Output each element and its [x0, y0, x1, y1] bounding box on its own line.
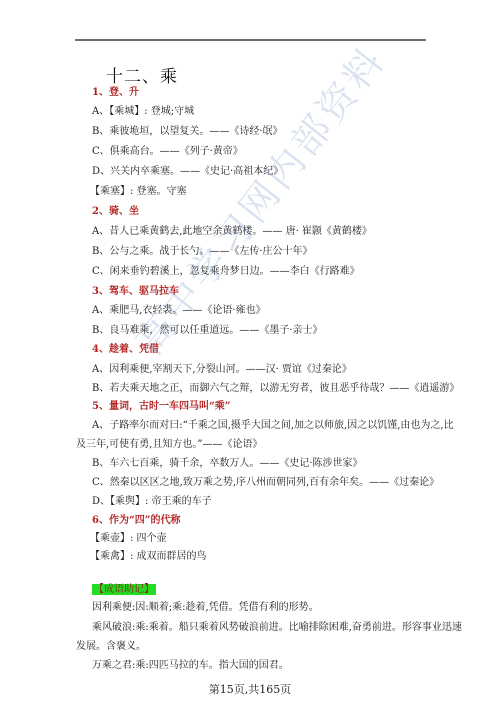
header-rule	[75, 39, 426, 41]
section-heading: 5、量词，古时一车四马叫“乘”	[92, 401, 230, 413]
entry-line: 【乘禽】: 成双而群居的鸟	[90, 551, 207, 563]
section-heading: 6、作为“四”的代称	[92, 515, 180, 527]
entry-line: D、【乘舆】: 帝王乘的车子	[92, 496, 212, 508]
entry-line: C、俱乘高台。——《列子·黄帝》	[92, 146, 243, 158]
entry-line: B、良马难乘，然可以任重道远。——《墨子·亲士》	[92, 325, 323, 337]
idiom-line: 因利乘便:因:顺着;乘:趁着,凭借。凭借有利的形势。	[92, 602, 319, 614]
entry-line: D、兴关内卒乘塞。——《史记·高祖本纪》	[92, 166, 283, 178]
section-heading: 1、登、升	[92, 87, 139, 99]
page-number-footer: 第15页,共165页	[0, 681, 500, 697]
idiom-label-text: 【成语助记】	[92, 584, 156, 595]
section-heading: 4、趁着、凭借	[92, 344, 159, 356]
entry-line: A、【乘城】: 登城;守城	[92, 106, 194, 118]
entry-line: B、乘彼垝垣，以望复关。——《诗经·氓》	[92, 126, 283, 138]
entry-line: 【乘塞】: 登塞。守塞	[90, 186, 187, 198]
entry-line: C、闲来垂钓碧溪上，忽复乘舟梦日边。——李白《行路难》	[92, 266, 360, 278]
entry-line: A、乘肥马,衣轻裘。——《论语·雍也》	[92, 305, 266, 317]
entry-line: A、昔人已乘黄鹤去,此地空余黄鹤楼。—— 唐· 崔颢《黄鹤楼》	[92, 226, 372, 238]
entry-line: 【乘壶】: 四个壶	[90, 533, 167, 545]
entry-line: A、子路率尔而对曰:“千乘之国,摄乎大国之间,加之以师旅,因之以饥馑,由也为之,…	[92, 420, 454, 432]
idiom-line: 万乘之君:乘:四匹马拉的车。指大国的国君。	[92, 660, 289, 672]
idiom-label: 【成语助记】	[92, 584, 156, 596]
section-heading: 3、驾车、驱马拉车	[92, 286, 179, 298]
page-title: 十二、乘	[106, 62, 178, 87]
entry-line: B、若夫乘天地之正，而御六气之辩，以游无穷者，彼且恶乎待哉？——《逍遥游》	[92, 383, 459, 395]
entry-line: B、车六七百乘，骑千余，卒数万人。——《史记·陈涉世家》	[92, 458, 363, 470]
section-heading: 2、骑、坐	[92, 206, 139, 218]
idiom-line: 发展。含褒义。	[76, 641, 146, 653]
entry-line: C、然秦以区区之地,致万乘之势,序八州而朝同列,百有余年矣。——《过秦论》	[92, 477, 439, 489]
entry-line: B、公与之乘。战于长勺。——《左传·庄公十年》	[92, 246, 313, 258]
entry-line: A、因利乘便,宰割天下,分裂山河。——汉· 贾谊《过秦论》	[92, 364, 352, 376]
idiom-line: 乘风破浪:乘:乘着。船只乘着风势破浪前进。比喻排除困难,奋勇前进。形容事业迅速	[92, 622, 462, 634]
entry-line: 及三年,可使有勇,且知方也。”——《论语》	[76, 439, 262, 451]
